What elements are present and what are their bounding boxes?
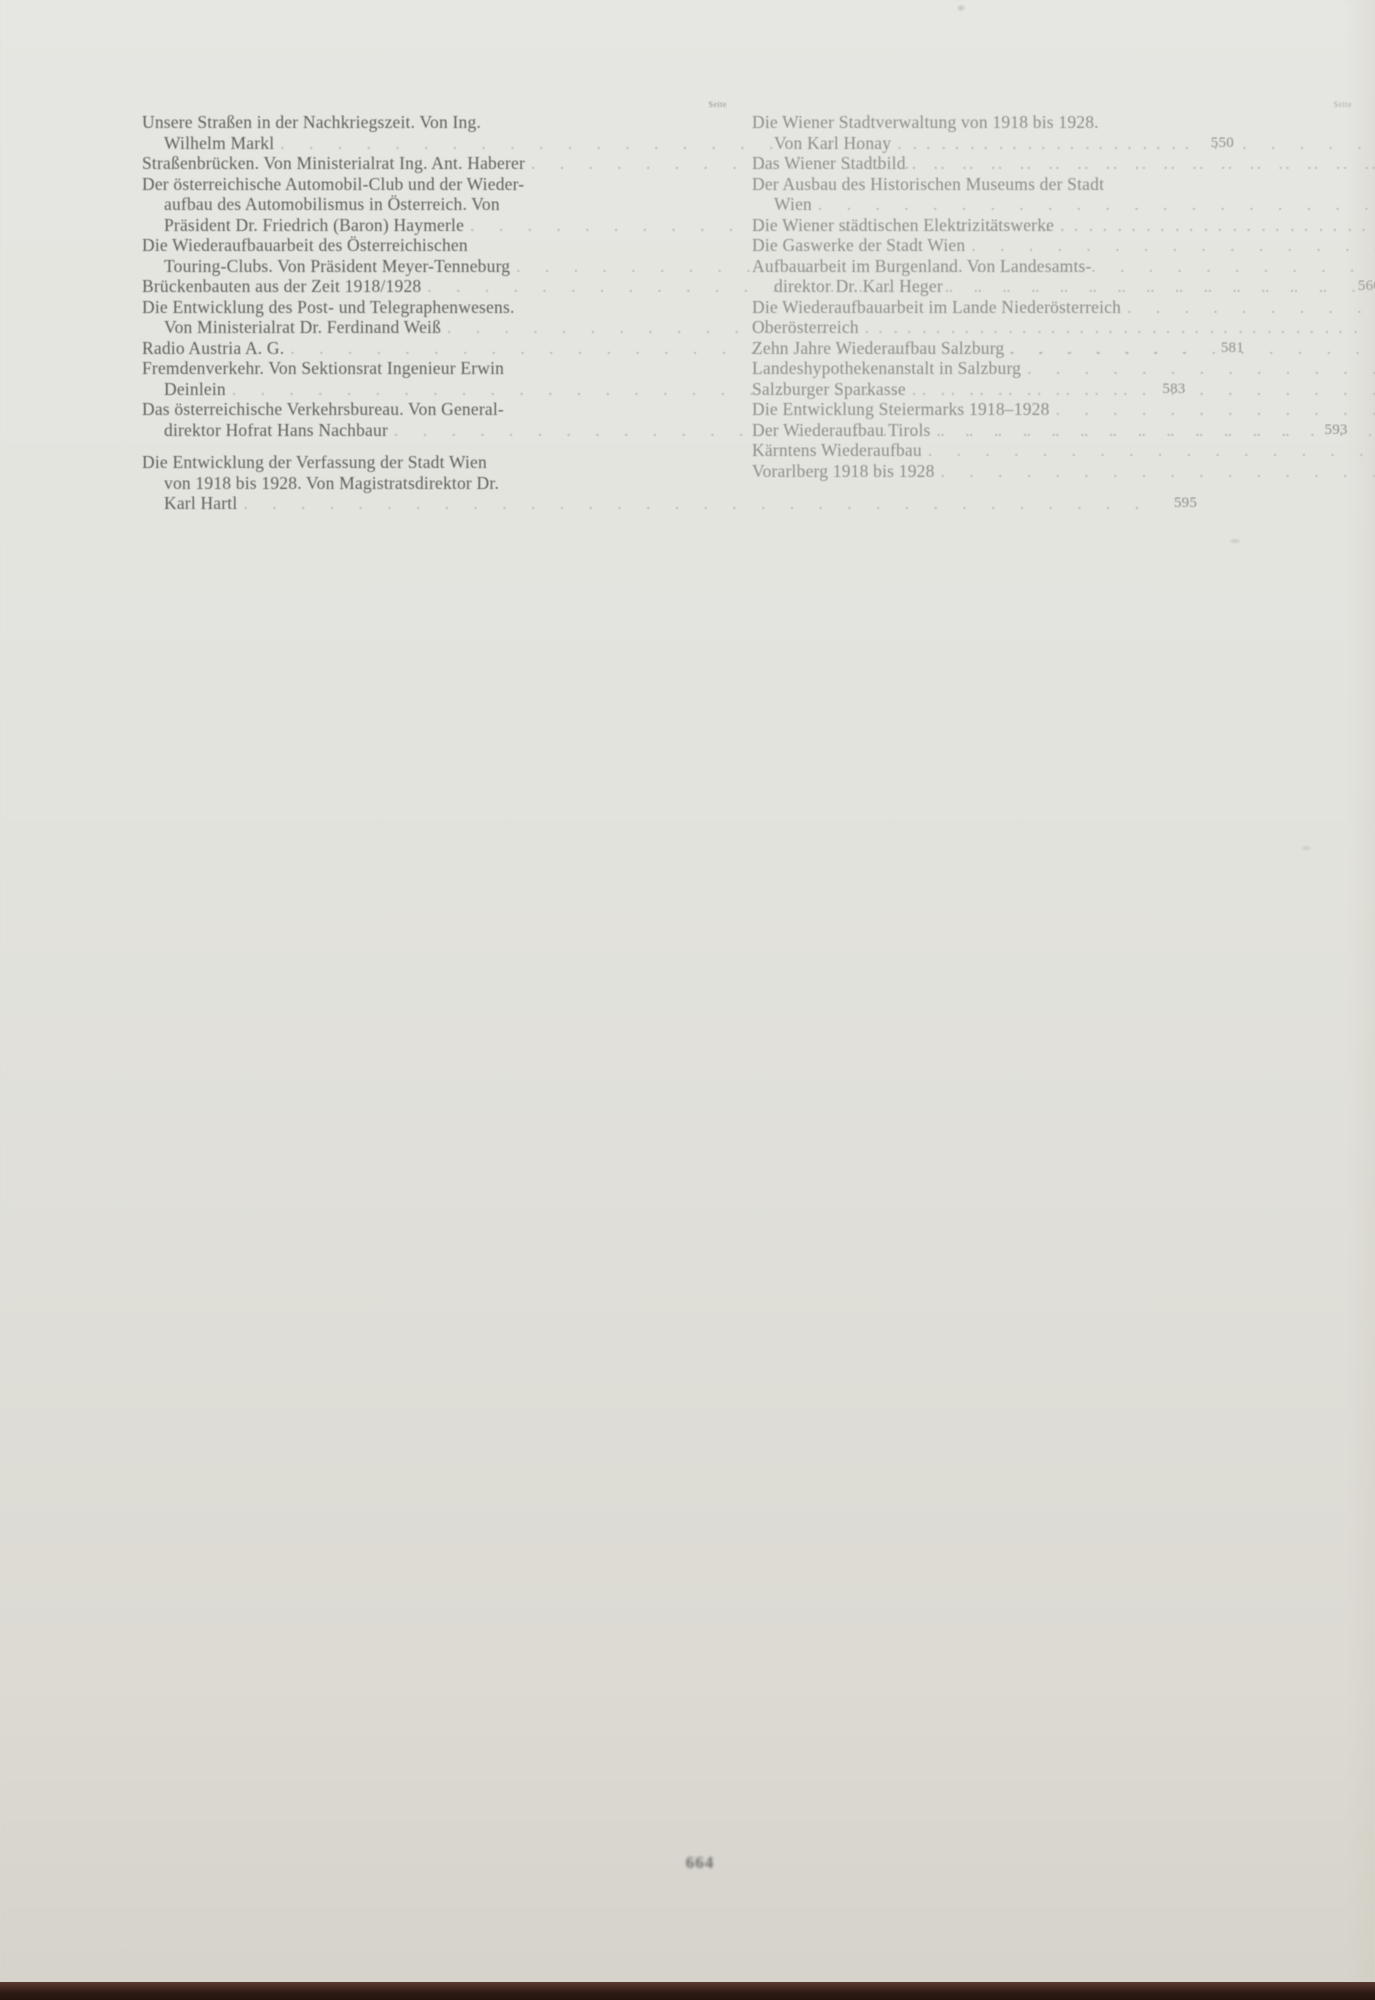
toc-entry-line: Präsident Dr. Friedrich (Baron) Haymerle xyxy=(164,215,464,235)
dot-leader: . . . . . . . . . . . . . . . . . . . . … xyxy=(891,133,1375,153)
toc-entry: Fremdenverkehr. Von Sektionsrat Ingenieu… xyxy=(142,358,727,399)
toc-entry-line: Wilhelm Markl xyxy=(164,133,274,153)
toc-entry-line: Der Wiederaufbau Tirols xyxy=(752,420,931,440)
toc-entry: Straßenbrücken. Von Ministerialrat Ing. … xyxy=(142,153,727,174)
book-cover-edge xyxy=(0,1982,1375,2000)
toc-entry-line: Deinlein xyxy=(164,379,226,399)
dot-leader: . . . . . . . . . . . . . . . . . . . . … xyxy=(935,461,1375,481)
toc-entry-line: Die Wiederaufbauarbeit im Lande Niederös… xyxy=(752,297,1121,317)
toc-entry-title: Das Wiener Stadtbild. . . . . . . . . . … xyxy=(752,153,1375,174)
toc-entry: Salzburger Sparkasse. . . . . . . . . . … xyxy=(752,379,1352,400)
toc-entry-line: Straßenbrücken. Von Ministerialrat Ing. … xyxy=(142,153,525,173)
dot-leader: . . . . . . . . . . . . . . . . . . . . … xyxy=(859,317,1375,337)
toc-entry: Die Wiederaufbauarbeit des Österreichisc… xyxy=(142,235,727,276)
dot-leader: . . . . . . . . . . . . . . . . . . . . … xyxy=(906,153,1375,173)
toc-entry-title: Zehn Jahre Wiederaufbau Salzburg. . . . … xyxy=(752,338,1375,359)
dot-leader: . . . . . . . . . . . . . . . . . . . . … xyxy=(1050,399,1375,419)
toc-entry-line: Wien xyxy=(774,194,812,214)
toc-entry: Radio Austria A. G.. . . . . . . . . . .… xyxy=(142,338,727,359)
dot-leader: . . . . . . . . . . . . . . . . . . . . … xyxy=(943,276,1375,296)
page-number: 664 xyxy=(686,1853,715,1873)
toc-entry: Unsere Straßen in der Nachkriegszeit. Vo… xyxy=(142,112,727,153)
dot-leader: . . . . . . . . . . . . . . . . . . . . … xyxy=(906,379,1375,399)
toc-column-left: Seite Unsere Straßen in der Nachkriegsze… xyxy=(142,100,727,514)
dot-leader: . . . . . . . . . . . . . . . . . . . . … xyxy=(931,420,1375,440)
toc-entry: Das österreichische Verkehrsbureau. Von … xyxy=(142,399,727,440)
toc-entry: Die Wiener Stadtverwaltung von 1918 bis … xyxy=(752,112,1352,153)
toc-entry-line: Von Karl Honay xyxy=(774,133,891,153)
toc-entry-title: Der Ausbau des Historischen Museums der … xyxy=(752,174,1375,215)
toc-entry-line: Brückenbauten aus der Zeit 1918/1928 xyxy=(142,276,421,296)
column-header: Seite xyxy=(142,100,727,112)
dot-leader: . . . . . . . . . . . . . . . . . . . . … xyxy=(812,194,1375,214)
toc-entries-left: Unsere Straßen in der Nachkriegszeit. Vo… xyxy=(142,112,727,514)
dot-leader: . . . . . . . . . . . . . . . . . . . . … xyxy=(1054,215,1375,235)
dot-leader: . . . . . . . . . . . . . . . . . . . . … xyxy=(237,493,1149,513)
toc-entry-line: Salzburger Sparkasse xyxy=(752,379,906,399)
toc-entry-line: Landeshypothekenanstalt in Salzburg xyxy=(752,358,1021,378)
toc-entry: Der Ausbau des Historischen Museums der … xyxy=(752,174,1352,215)
toc-entry: Brückenbauten aus der Zeit 1918/1928. . … xyxy=(142,276,727,297)
toc-entry: Zehn Jahre Wiederaufbau Salzburg. . . . … xyxy=(752,338,1352,359)
toc-entry-line: Die Wiener städtischen Elektrizitätswerk… xyxy=(752,215,1054,235)
toc-entry: Der Wiederaufbau Tirols. . . . . . . . .… xyxy=(752,420,1352,441)
toc-entry-line: Vorarlberg 1918 bis 1928 xyxy=(752,461,935,481)
toc-entry: Die Gaswerke der Stadt Wien. . . . . . .… xyxy=(752,235,1352,256)
toc-entry-line: Radio Austria A. G. xyxy=(142,338,284,358)
toc-entry-line: Die Gaswerke der Stadt Wien xyxy=(752,235,965,255)
ink-speck xyxy=(1230,540,1240,542)
toc-entry-title: Die Wiederaufbauarbeit im Lande Niederös… xyxy=(752,297,1375,318)
toc-entry-line: Zehn Jahre Wiederaufbau Salzburg xyxy=(752,338,1004,358)
toc-entry: Der österreichische Automobil-Club und d… xyxy=(142,174,727,236)
toc-entry-line: Oberösterreich xyxy=(752,317,859,337)
toc-entry: Die Entwicklung des Post- und Telegraphe… xyxy=(142,297,727,338)
toc-entry-line: Die Entwicklung Steiermarks 1918–1928 xyxy=(752,399,1050,419)
toc-entry: Die Wiederaufbauarbeit im Lande Niederös… xyxy=(752,297,1352,318)
toc-entry-line: Die Wiener Stadtverwaltung von 1918 bis … xyxy=(752,112,1375,133)
toc-entry-title: Die Entwicklung Steiermarks 1918–1928. .… xyxy=(752,399,1375,420)
toc-entry-title: Vorarlberg 1918 bis 1928. . . . . . . . … xyxy=(752,461,1375,482)
dot-leader: . . . . . . . . . . . . . . . . . . . . … xyxy=(922,440,1375,460)
toc-entry-title: Oberösterreich. . . . . . . . . . . . . … xyxy=(752,317,1375,338)
toc-page-number: 567 xyxy=(1353,317,1375,338)
toc-entry-title: Salzburger Sparkasse. . . . . . . . . . … xyxy=(752,379,1375,400)
toc-entry: Aufbauarbeit im Burgenland. Von Landesam… xyxy=(752,256,1352,297)
toc-entry: Das Wiener Stadtbild. . . . . . . . . . … xyxy=(752,153,1352,174)
toc-entry-title: Die Gaswerke der Stadt Wien. . . . . . .… xyxy=(752,235,1375,256)
toc-entry-line: Karl Hartl xyxy=(164,493,237,513)
book-page: Seite Unsere Straßen in der Nachkriegsze… xyxy=(0,0,1375,1982)
dot-leader: . . . . . . . . . . . . . . . . . . . . … xyxy=(1004,338,1375,358)
toc-entry-title: Die Wiener Stadtverwaltung von 1918 bis … xyxy=(752,112,1375,153)
toc-entry: Die Entwicklung der Verfassung der Stadt… xyxy=(142,452,727,514)
toc-entry-line: direktor Dr. Karl Heger xyxy=(774,276,943,296)
dot-leader: . . . . . . . . . . . . . . . . . . . . … xyxy=(1121,297,1375,317)
dot-leader: . . . . . . . . . . . . . . . . . . . . … xyxy=(1021,358,1375,378)
toc-entry: Vorarlberg 1918 bis 1928. . . . . . . . … xyxy=(752,461,1352,482)
toc-entry-line: Kärntens Wiederaufbau xyxy=(752,440,922,460)
toc-entry-title: Die Wiener städtischen Elektrizitätswerk… xyxy=(752,215,1375,236)
toc-entry-title: Der Wiederaufbau Tirols. . . . . . . . .… xyxy=(752,420,1375,441)
toc-entry: Die Entwicklung Steiermarks 1918–1928. .… xyxy=(752,399,1352,420)
toc-entry: Landeshypothekenanstalt in Salzburg. . .… xyxy=(752,358,1352,379)
toc-entry-title: Kärntens Wiederaufbau. . . . . . . . . .… xyxy=(752,440,1375,461)
column-header: Seite xyxy=(752,100,1352,112)
toc-entry-line: Touring-Clubs. Von Präsident Meyer-Tenne… xyxy=(164,256,510,276)
toc-entry-line: direktor Hofrat Hans Nachbaur xyxy=(164,420,388,440)
toc-entry: Oberösterreich. . . . . . . . . . . . . … xyxy=(752,317,1352,338)
toc-entry-title: Aufbauarbeit im Burgenland. Von Landesam… xyxy=(752,256,1375,297)
toc-entry-line: Von Ministerialrat Dr. Ferdinand Weiß xyxy=(164,317,441,337)
toc-entry-title: Landeshypothekenanstalt in Salzburg. . .… xyxy=(752,358,1375,379)
toc-entry-line: Aufbauarbeit im Burgenland. Von Landesam… xyxy=(752,256,1375,277)
ink-speck xyxy=(958,6,964,10)
toc-entry-line: Das Wiener Stadtbild xyxy=(752,153,906,173)
toc-entry: Die Wiener städtischen Elektrizitätswerk… xyxy=(752,215,1352,236)
toc-entries-right: Die Wiener Stadtverwaltung von 1918 bis … xyxy=(752,112,1352,481)
ink-speck xyxy=(1302,847,1310,849)
toc-entry-line: Der Ausbau des Historischen Museums der … xyxy=(752,174,1375,195)
dot-leader: . . . . . . . . . . . . . . . . . . . . … xyxy=(965,235,1375,255)
toc-page-number: 595 xyxy=(1149,493,1197,514)
toc-column-right: Seite Die Wiener Stadtverwaltung von 191… xyxy=(752,100,1352,481)
toc-entry: Kärntens Wiederaufbau. . . . . . . . . .… xyxy=(752,440,1352,461)
